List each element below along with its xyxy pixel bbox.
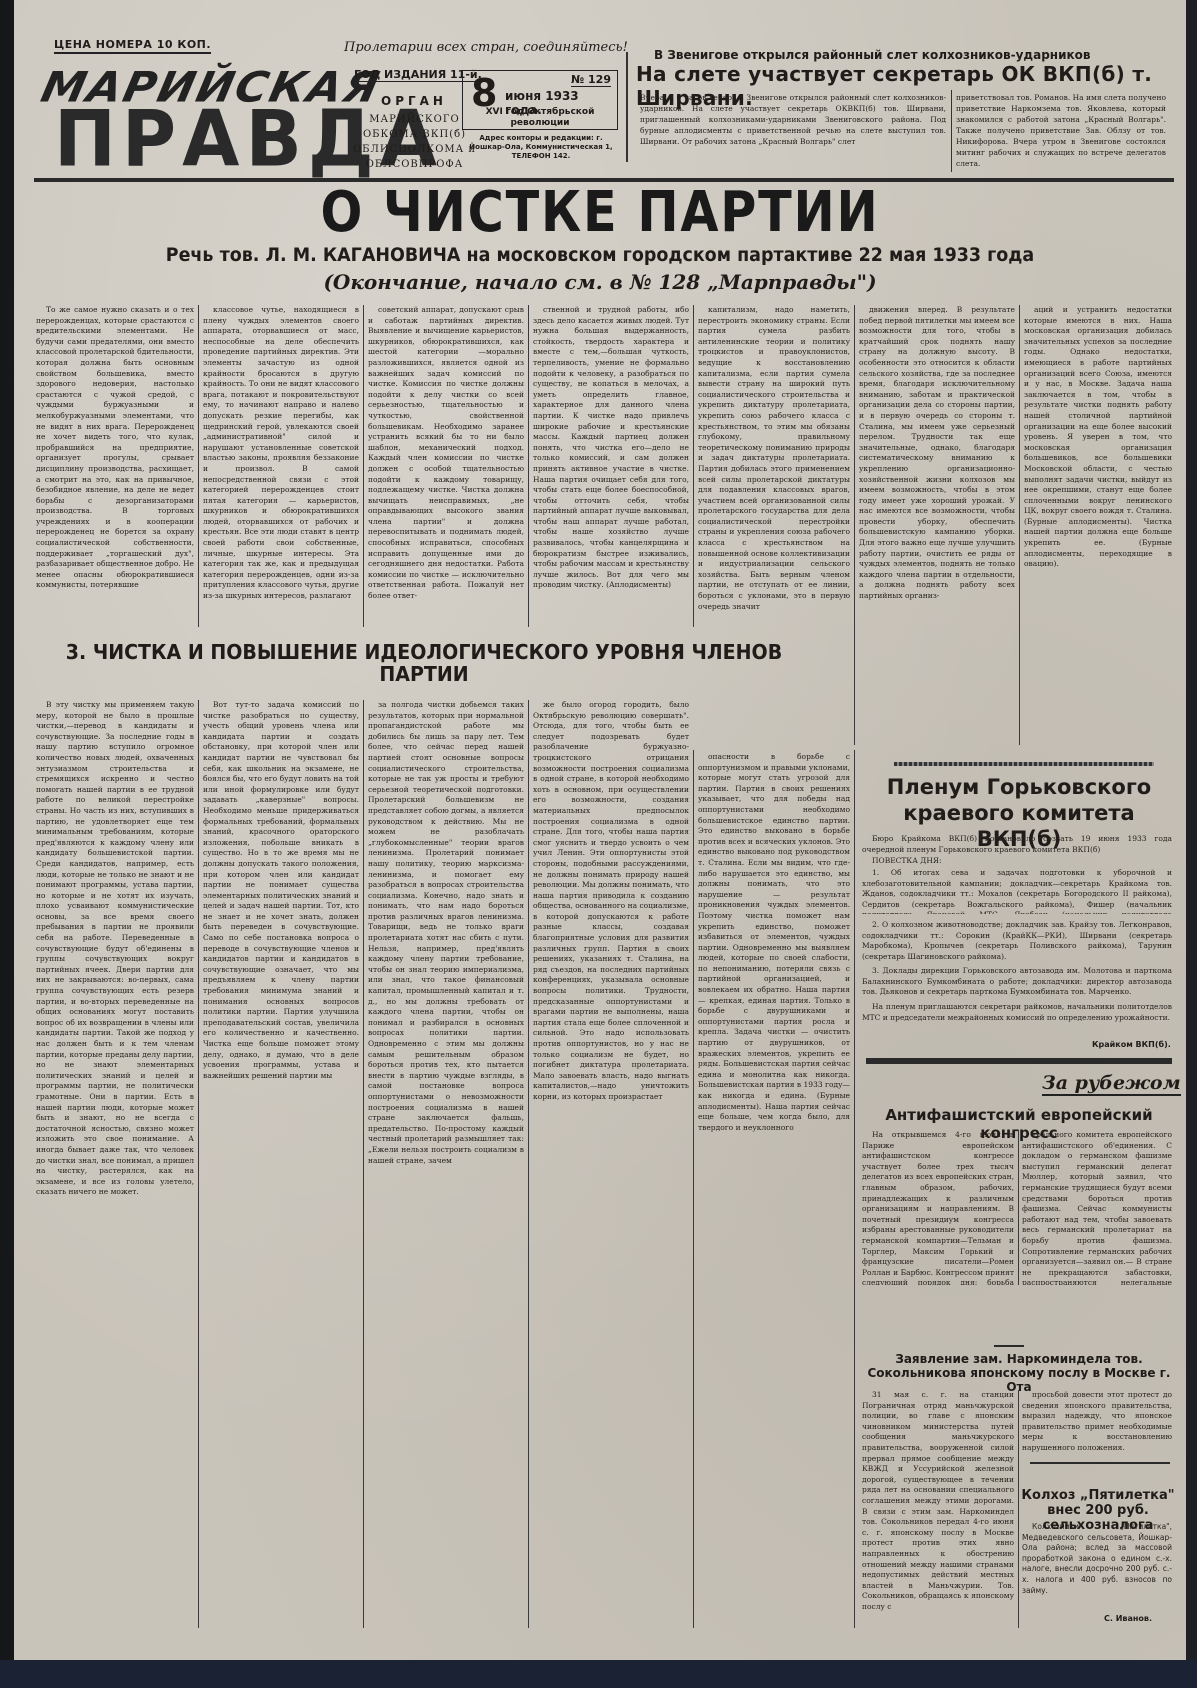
date-box: 8 № 129 июня 1933 года. XVI год Октябрьс… [462,70,618,130]
plenum-item-2: 2. О колхозном животноводстве; докладчик… [862,920,1172,964]
article-column-4: ственной и трудной работы, ибо здесь дел… [533,305,689,627]
kolkhoz-signature: С. Иванов. [1104,1614,1152,1623]
plenum-intro: Бюро Крайкома ВКП(б) постановило созвать… [862,834,1172,854]
editorial-address: Адрес конторы и редакции: г. Йошкар-Ола,… [462,134,620,161]
column-text: классовое чутье, находящиеся в плену чуж… [203,305,359,602]
column-divider [1018,1390,1019,1628]
section3-column-3: за полгода чистки добьемся таких результ… [368,700,524,1628]
column-divider [363,305,364,627]
top-box-col1: Вчера, в 6 часов вечера в Звенигове откр… [640,92,946,170]
article-column-3: советский аппарат, допускают срыв и сабо… [368,305,524,627]
issue-number: № 129 [571,73,611,87]
column-divider [854,305,855,745]
section-3-heading: 3. ЧИСТКА И ПОВЫШЕНИЕ ИДЕОЛОГИЧЕСКОГО УР… [54,641,795,685]
column-text: Колхозники „Пятилетка", Медведевского се… [1022,1522,1172,1596]
column-divider [198,700,199,1628]
column-divider [363,700,364,1628]
column-text: В эту чистку мы применяем такую меру, ко… [36,700,194,1198]
abroad-section-label: За рубежом [1042,1072,1181,1096]
issue-price: ЦЕНА НОМЕРА 10 КОП. [54,38,211,54]
organ-label: ОРГАН [359,94,469,108]
column-text: 31 мая с. г. на станции Пограничная отря… [862,1390,1014,1612]
newspaper-page: ЦЕНА НОМЕРА 10 КОП. МАРИЙСКАЯ ПРАВДА Про… [14,0,1186,1660]
section3-column-1: В эту чистку мы применяем такую меру, ко… [36,700,194,1628]
kolkhoz-body: Колхозники „Пятилетка", Медведевского се… [1022,1522,1172,1602]
column-text: опасности в борьбе с оппортунизмом и пра… [698,752,850,1133]
abroad-column-1: На открывшемся 4-го июня в Париже европе… [862,1130,1014,1285]
column-text: просьбой довести этот протест до сведени… [1022,1390,1172,1454]
column-text: аций и устранить недостатки которые имею… [1024,305,1172,570]
column-divider [1018,1130,1019,1285]
plenum-item-3: 3. Доклады дирекции Горьковского автозав… [862,966,1172,1000]
agenda-item: 3. Доклады дирекции Горьковского автозав… [862,966,1172,998]
top-box-kicker: В Звенигове открылся районный слет колхо… [654,48,1091,62]
article-subheadline: Речь тов. Л. М. КАГАНОВИЧА на московском… [61,244,1139,266]
column-divider [854,750,855,1628]
statement-column-2: просьбой довести этот протест до сведени… [1022,1390,1172,1454]
agenda-item: На пленум приглашаются секретари райкомо… [862,1002,1172,1023]
column-text: же было огород городить, было Октябрьску… [533,700,689,1103]
section-divider-bar [866,1058,1172,1064]
column-text: за полгода чистки добьемся таких результ… [368,700,524,1166]
section3-column-5: опасности в борьбе с оппортунизмом и пра… [698,752,850,1628]
short-rule [1030,1462,1170,1464]
short-rule [994,1345,1024,1347]
column-text: капитализм, надо наметить, перестроить э… [698,305,850,612]
plenum-signature: Крайком ВКП(б). [1092,1040,1171,1049]
scan-bottom-edge [0,1660,1197,1688]
revolution-year: XVI год Октябрьской революции [463,107,617,129]
plenum-item-1: 1. Об итогах сева и задачах подготовки к… [862,868,1172,914]
column-text: ственной и трудной работы, ибо здесь дел… [533,305,689,591]
top-box-col2: приветствовал тов. Романов. На имя слета… [956,92,1166,170]
organ-of: МАРИЙСКОГО ОБКОМА ВКП(б) ОБЛИСПОЛКОМА и … [352,112,477,172]
masthead-divider [626,52,628,162]
article-column-2: классовое чутье, находящиеся в плену чуж… [203,305,359,627]
column-text: Вот тут-то задача комиссий по чистке раз… [203,700,359,1081]
section3-column-4: же было огород городить, было Октябрьску… [533,700,689,1628]
slogan: Пролетарии всех стран, соединяйтесь! [344,40,628,55]
column-divider [528,700,529,1628]
section3-column-2: Вот тут-то задача комиссий по чистке раз… [203,700,359,1628]
column-text: движения вперед. В результате побед перв… [859,305,1015,602]
column-text: То же самое нужно сказать и о тех переро… [36,305,194,591]
plenum-invitation: На пленум приглашаются секретари райкомо… [862,1002,1172,1036]
article-column-6: движения вперед. В результате побед перв… [859,305,1015,745]
column-divider [528,305,529,627]
top-box-divider [951,90,952,172]
plenum-agenda-title: ПОВЕСТКА ДНЯ: [872,856,1172,867]
column-divider [693,750,694,1628]
article-column-7: аций и устранить недостатки которые имею… [1024,305,1172,745]
article-headline: О ЧИСТКЕ ПАРТИИ [84,180,1115,245]
statement-headline: Заявление зам. Наркоминдела тов. Сокольн… [864,1352,1174,1394]
column-divider [198,305,199,627]
abroad-column-2: трального комитета европейского антифаши… [1022,1130,1172,1285]
column-text: трального комитета европейского антифаши… [1022,1130,1172,1285]
ornament-divider [894,762,1154,766]
column-text: На открывшемся 4-го июня в Париже европе… [862,1130,1014,1285]
statement-column-1: 31 мая с. г. на станции Пограничная отря… [862,1390,1014,1628]
column-text: советский аппарат, допускают срыв и сабо… [368,305,524,602]
agenda-item: 1. Об итогах сева и задачах подготовки к… [862,868,1172,914]
article-continuation-note: (Окончание, начало см. в № 128 „Марправд… [14,270,1186,294]
article-column-1: То же самое нужно сказать и о тех переро… [36,305,194,627]
column-divider [1019,305,1020,745]
column-divider [693,305,694,627]
agenda-item: 2. О колхозном животноводстве; докладчик… [862,920,1172,962]
